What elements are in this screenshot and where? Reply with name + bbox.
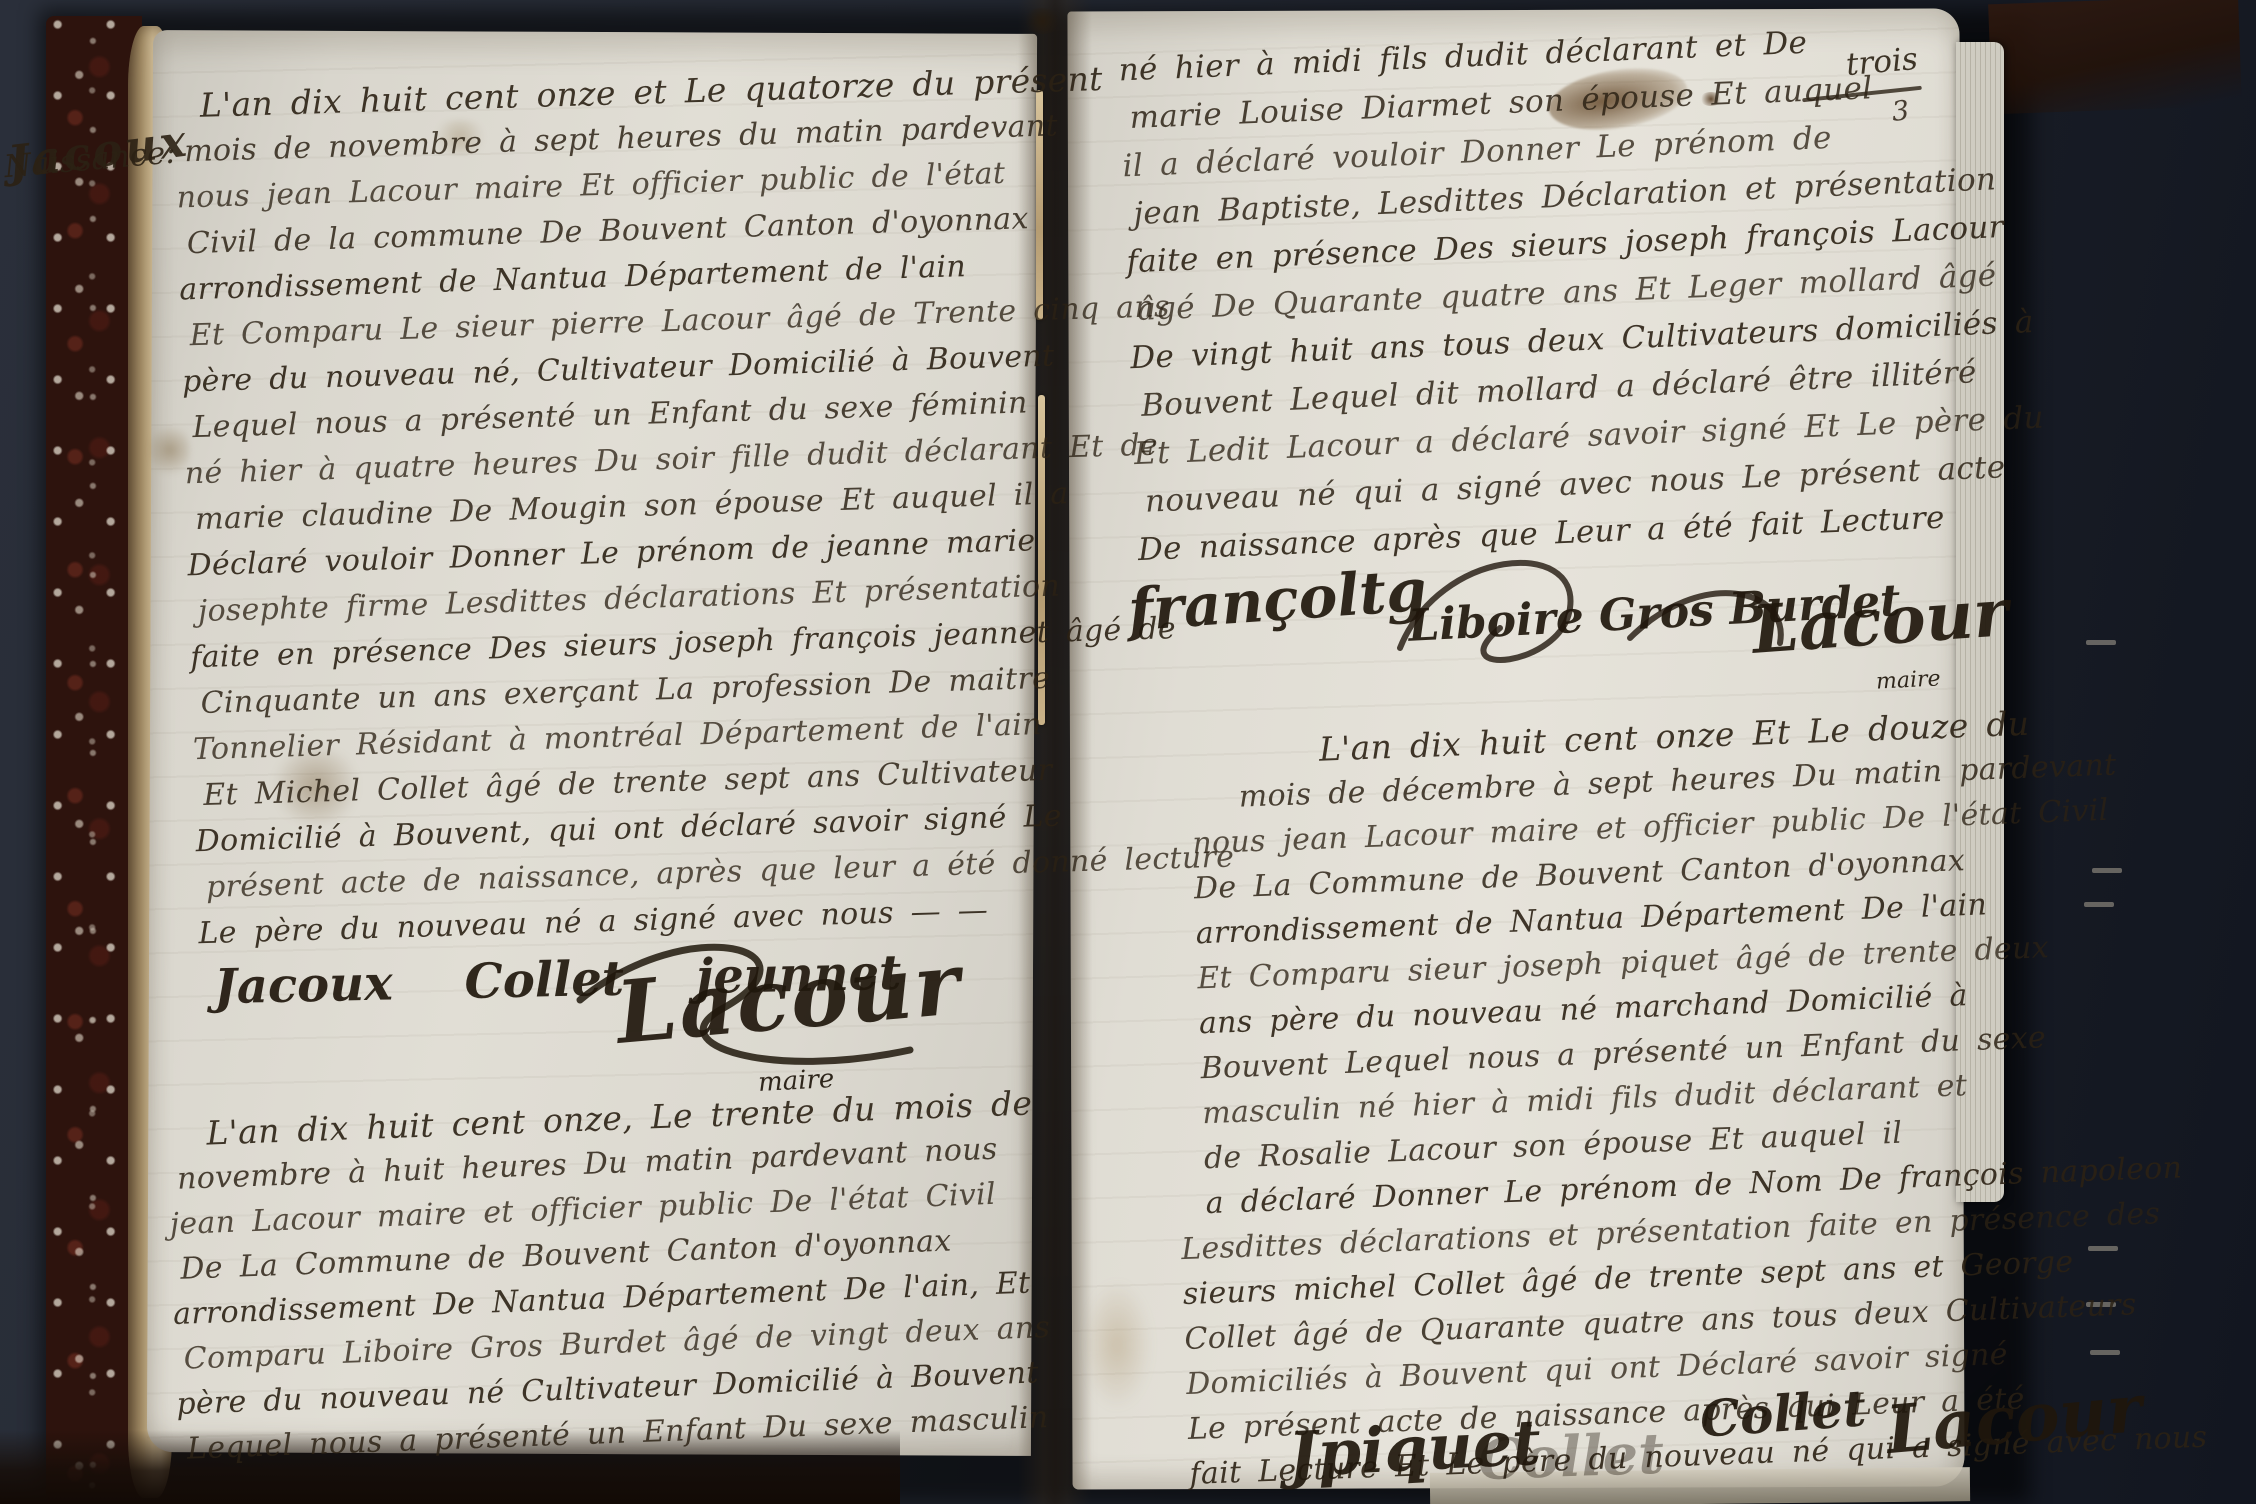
left-page-act2-text: L'an dix huit cent onze, Le trente du mo… — [166, 1080, 1054, 1472]
signature-faint: Collet — [1477, 1421, 1665, 1493]
left-page-act1-text: L'an dix huit cent onze et Le quatorze d… — [173, 53, 1236, 957]
mayor-signature-title: maire — [1875, 666, 1941, 694]
signature: Collet — [464, 951, 625, 1010]
manuscript-photo: trois 3 L'an dix huit cent onze et Le qu… — [0, 0, 2256, 1504]
fore-edge-mark — [2086, 640, 2116, 645]
signature: Collet — [1698, 1378, 1868, 1448]
right-page-act2-continuation-text: né hier à midi fils dudit déclarant et D… — [1118, 10, 2049, 574]
signature: Jacoux — [213, 955, 393, 1015]
